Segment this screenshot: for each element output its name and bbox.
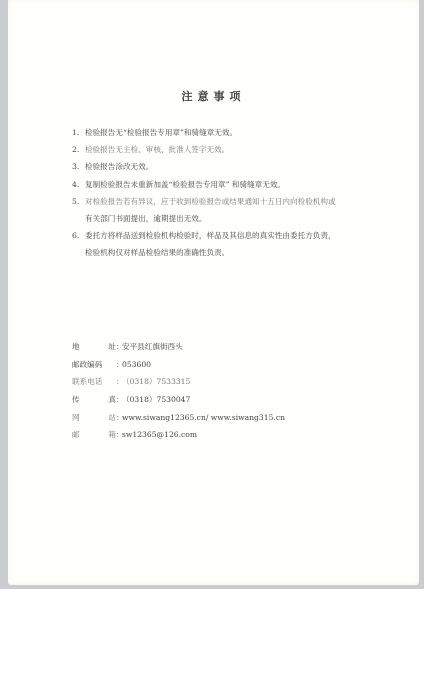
note-item: 4. 复制检验报告未重新加盖“检验报告专用章” 和骑缝章无效。	[72, 179, 402, 190]
note-text: 委托方将样品送到检验机构检验时，样品及其信息的真实性由委托方负责，	[85, 230, 402, 241]
phone-value: （0318）7533315	[122, 376, 190, 387]
document-title: 注意事项	[8, 88, 419, 104]
address-value: 安平县红旗街西头	[122, 341, 183, 352]
note-item: 2. 检验报告无主检、审核、批准人签字无效。	[72, 144, 402, 155]
website-value: www.siwang12365.cn/ www.siwang315.cn	[122, 412, 285, 423]
fax-value: （0318）7530047	[122, 394, 190, 405]
document-page: 注意事项 1. 检验报告无“检验报告专用章”和骑缝章无效。 2. 检验报告无主检…	[8, 0, 419, 585]
email-label-a: 邮	[72, 429, 80, 440]
note-text-continued: 有关部门书面提出，逾期提出无效。	[85, 213, 402, 224]
email-value: sw12365@126.com	[122, 429, 197, 440]
contact-address: 地址 ： 安平县红旗街西头	[72, 341, 285, 352]
note-text: 对检验报告若有异议，应于收到检验报告或结果通知十五日内向检验机构或	[85, 196, 402, 207]
note-number: 2.	[72, 144, 85, 155]
scan-frame: 注意事项 1. 检验报告无“检验报告专用章”和骑缝章无效。 2. 检验报告无主检…	[0, 0, 424, 589]
contact-phone: 联系电话 ： （0318）7533315	[72, 376, 285, 387]
note-number: 3.	[72, 161, 85, 172]
fax-label-a: 传	[72, 394, 80, 405]
note-item: 1. 检验报告无“检验报告专用章”和骑缝章无效。	[72, 127, 402, 138]
website-label-b: 站	[108, 412, 116, 423]
note-text: 复制检验报告未重新加盖“检验报告专用章” 和骑缝章无效。	[85, 179, 402, 190]
notes-list: 1. 检验报告无“检验报告专用章”和骑缝章无效。 2. 检验报告无主检、审核、批…	[72, 127, 402, 264]
email-label-b: 箱	[108, 429, 116, 440]
contact-fax: 传真 ： （0318）7530047	[72, 394, 285, 405]
contact-info: 地址 ： 安平县红旗街西头 邮政编码 ： 053600 联系电话 ： （0318…	[72, 341, 285, 447]
fax-label-b: 真	[108, 394, 116, 405]
address-label-b: 址	[108, 341, 116, 352]
note-number: 4.	[72, 179, 85, 190]
note-item: 5. 对检验报告若有异议，应于收到检验报告或结果通知十五日内向检验机构或 有关部…	[72, 196, 402, 224]
note-text: 检验报告涂改无效。	[85, 161, 402, 172]
note-text: 检验报告无“检验报告专用章”和骑缝章无效。	[85, 127, 402, 138]
contact-postcode: 邮政编码 ： 053600	[72, 359, 285, 370]
website-label-a: 网	[72, 412, 80, 423]
note-number: 5.	[72, 196, 85, 224]
note-text: 检验报告无主检、审核、批准人签字无效。	[85, 144, 402, 155]
note-text-continued: 检验机构仅对样品检验结果的准确性负责。	[85, 247, 402, 258]
contact-email: 邮箱 ： sw12365@126.com	[72, 429, 285, 440]
address-label-a: 地	[72, 341, 80, 352]
note-item: 3. 检验报告涂改无效。	[72, 161, 402, 172]
note-number: 1.	[72, 127, 85, 138]
note-number: 6.	[72, 230, 85, 258]
note-item: 6. 委托方将样品送到检验机构检验时，样品及其信息的真实性由委托方负责， 检验机…	[72, 230, 402, 258]
contact-website: 网站 ： www.siwang12365.cn/ www.siwang315.c…	[72, 412, 285, 423]
phone-label: 联系电话	[72, 376, 116, 387]
postcode-label: 邮政编码	[72, 359, 116, 370]
postcode-value: 053600	[122, 359, 151, 370]
